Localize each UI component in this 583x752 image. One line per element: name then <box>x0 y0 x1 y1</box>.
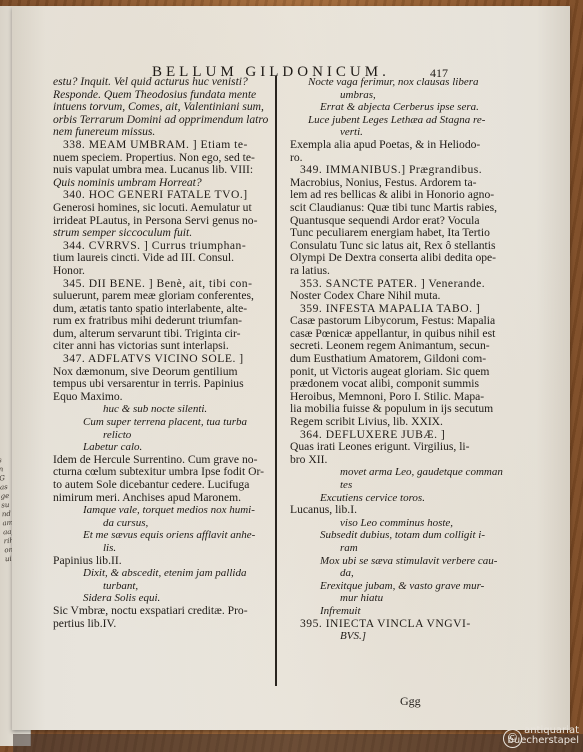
text-line: nuis vapulat umbra mea. Lucanus lib. VII… <box>53 164 268 177</box>
text-line: suluerunt, parem meæ gloriam conferentes… <box>53 290 268 303</box>
text-line: Erexitque jubam, & vasto grave mur- <box>290 580 503 593</box>
text-line: 359. INFESTA MAPALIA TABO. ] <box>290 303 503 316</box>
text-line: da cursus, <box>53 517 268 530</box>
text-line: 340. HOC GENERI FATALE TVO.] <box>53 189 268 202</box>
watermark-bar <box>13 734 583 752</box>
column-rule <box>275 76 277 686</box>
text-line: Papinius lib.II. <box>53 555 268 568</box>
text-line: ram <box>290 542 503 555</box>
left-column: estu? Inquit. Vel quid acturus huc venis… <box>53 76 268 630</box>
text-line: secreti. Leonem regem Animantum, secun- <box>290 340 503 353</box>
text-line: relicto <box>53 429 268 442</box>
text-line: Olympi De Dextra conserta alibi dedita o… <box>290 252 503 265</box>
text-line: Nox dæmonum, sive Deorum gentilium <box>53 366 268 379</box>
text-line: rum ex fratribus mihi dederunt triumfan- <box>53 315 268 328</box>
text-line: tempus ubi versarentur in terris. Papini… <box>53 378 268 391</box>
text-line: 349. IMMANIBUS.] Prægrandibus. <box>290 164 503 177</box>
text-line: casæ Pœnicæ appellantur, in quibus nihil… <box>290 328 503 341</box>
text-line: Tunc peculiarem energiam habet, Ita Tert… <box>290 227 503 240</box>
text-line: tium laureis cincti. Vide ad III. Consul… <box>53 252 268 265</box>
text-line: verti. <box>290 126 503 139</box>
text-line: movet arma Leo, gaudetque comman- <box>290 466 503 479</box>
text-line: Infremuit <box>290 605 503 618</box>
text-line: Heroibus, Memnoni, Poro I. Stilic. Mapa- <box>290 391 503 404</box>
text-line: Nocte vaga ferimur, nox clausas libera <box>290 76 503 89</box>
text-line: Et me sævus equis oriens afflavit anhe- <box>53 529 268 542</box>
text-line: Quis nominis umbram Horreat? <box>53 177 268 190</box>
text-line: Quantusque sequendi Ardor erat? Vocula <box>290 215 503 228</box>
text-line: lis. <box>53 542 268 555</box>
text-line: dum, ætatis tanto spatio interlabente, a… <box>53 303 268 316</box>
text-line: Casæ pastorum Libycorum, Festus: Mapalia <box>290 315 503 328</box>
signature-mark: Ggg <box>400 694 421 709</box>
text-line: Dixit, & abscedit, etenim jam pallida <box>53 567 268 580</box>
text-line: Luce jubent Leges Lethæa ad Stagna re- <box>290 114 503 127</box>
text-line: prædonem vocat alibi, componit summis <box>290 378 503 391</box>
text-line: BVS.] <box>290 630 503 643</box>
text-line: nimirum meri. Anchises apud Maronem. <box>53 492 268 505</box>
text-line: 364. DEFLUXERE JUBÆ. ] <box>290 429 503 442</box>
text-line: to autem Sole dicebantur cedere. Lucifug… <box>53 479 268 492</box>
text-line: lem ad res bellicas & alibi in Honorio a… <box>290 189 503 202</box>
text-line: nem funereum missus. <box>53 126 268 139</box>
text-line: Quas irati Leones erigunt. Virgilius, li… <box>290 441 503 454</box>
text-line: scit Claudianus: Quæ tibi tunc Martis ra… <box>290 202 503 215</box>
text-line: ra latius. <box>290 265 503 278</box>
text-line: 353. SANCTE PATER. ] Venerande. <box>290 278 503 291</box>
right-column: Nocte vaga ferimur, nox clausas liberaum… <box>290 76 503 643</box>
text-line: citer anni has victorias sunt interlapsi… <box>53 340 268 353</box>
text-line: 347. ADFLATVS VICINO SOLE. ] <box>53 353 268 366</box>
text-line: Iamque vale, torquet medios nox humi- <box>53 504 268 517</box>
text-line: Cum super terrena placent, tua turba <box>53 416 268 429</box>
text-line: bro XII. <box>290 454 503 467</box>
text-line: cturna cœlum subtexitur umbra Ipse fodit… <box>53 466 268 479</box>
text-line: tes <box>290 479 503 492</box>
text-line: mur hiatu <box>290 592 503 605</box>
text-line: Excutiens cervice toros. <box>290 492 503 505</box>
text-line: nuem speciem. Propertius. Non ego, sed t… <box>53 152 268 165</box>
text-line: da, <box>290 567 503 580</box>
text-line: orbis Terrarum Domini ad opprimendum lat… <box>53 114 268 127</box>
text-line: Responde. Quem Theodosius fundata mente <box>53 89 268 102</box>
text-line: intuens torvum, Comes, ait, Valentiniani… <box>53 101 268 114</box>
text-line: Consulatu Tunc sic latus ait, Rex ô stel… <box>290 240 503 253</box>
watermark-text: antiquariat buecherstapel <box>508 726 579 746</box>
text-line: 338. MEAM UMBRAM. ] Etiam te- <box>53 139 268 152</box>
text-line: ponit, ut Victoris augeat gloriam. Sic q… <box>290 366 503 379</box>
text-line: Errat & abjecta Cerberus ipse sera. <box>290 101 503 114</box>
text-line: dum Eusthatium Amatorem, Gildoni com- <box>290 353 503 366</box>
text-line: Sic Vmbræ, noctu exspatiari creditæ. Pro… <box>53 605 268 618</box>
text-line: Generosi homines, sic locuti. Aemulatur … <box>53 202 268 215</box>
text-line: strum semper siccoculum fuit. <box>53 227 268 240</box>
text-line: 345. DII BENE. ] Benè, ait, tibi con- <box>53 278 268 291</box>
text-line: Noster Codex Chare Nihil muta. <box>290 290 503 303</box>
text-line: 395. INIECTA VINCLA VNGVI- <box>290 618 503 631</box>
text-line: Idem de Hercule Surrentino. Cum grave no… <box>53 454 268 467</box>
text-line: viso Leo comminus hoste, <box>290 517 503 530</box>
watermark-line-2: buecherstapel <box>508 736 579 746</box>
text-line: umbras, <box>290 89 503 102</box>
text-line: irrideat PLautus, in Persona Servi genus… <box>53 215 268 228</box>
text-line: Macrobius, Nonius, Festus. Ardorem ta- <box>290 177 503 190</box>
text-line: estu? Inquit. Vel quid acturus huc venis… <box>53 76 268 89</box>
text-line: dum, alterum servarunt tibi. Triginta ci… <box>53 328 268 341</box>
text-line: Honor. <box>53 265 268 278</box>
text-line: Mox ubi se sæva stimulavit verbere cau- <box>290 555 503 568</box>
text-line: Exempla alia apud Poetas, & in Heliodo- <box>290 139 503 152</box>
text-line: 344. CVRRVS. ] Currus triumphan- <box>53 240 268 253</box>
text-line: Subsedit dubius, totam dum colligit i- <box>290 529 503 542</box>
text-line: pertius lib.IV. <box>53 618 268 631</box>
text-line: huc & sub nocte silenti. <box>53 403 268 416</box>
text-line: ro. <box>290 152 503 165</box>
text-line: Regem scribit Livius, lib. XXIX. <box>290 416 503 429</box>
text-line: Equo Maximo. <box>53 391 268 404</box>
text-line: Sidera Solis equi. <box>53 592 268 605</box>
text-line: turbant, <box>53 580 268 593</box>
text-line: Labetur calo. <box>53 441 268 454</box>
text-line: lia mobilia fuisse & populum in ijs secu… <box>290 403 503 416</box>
text-line: Lucanus, lib.I. <box>290 504 503 517</box>
